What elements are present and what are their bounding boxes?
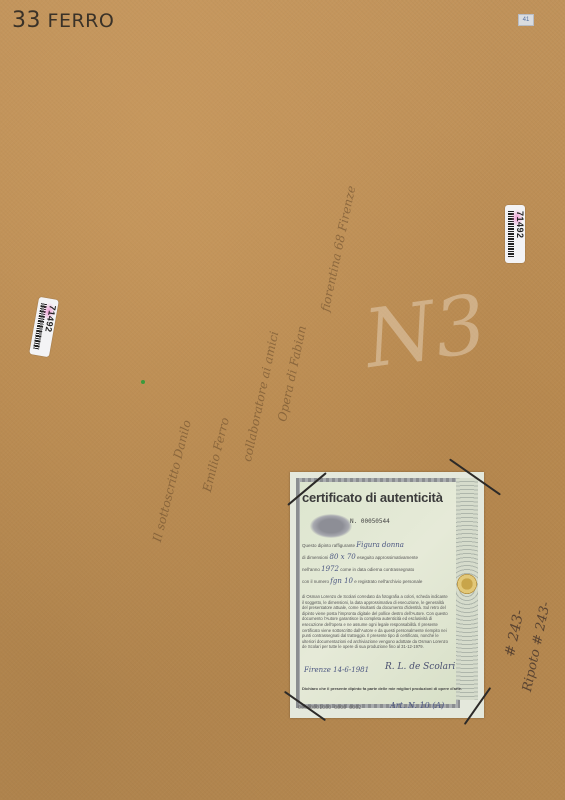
- certificate-line: Questo dipinto raffigurante Figura donna: [302, 542, 450, 549]
- chalk-mark: N3: [359, 277, 492, 386]
- barcode-number: 71492: [515, 211, 525, 239]
- gold-seal-icon: [457, 574, 477, 594]
- line-suffix: e registrato nell'archivio personale: [354, 579, 422, 584]
- certificate-line: nell'anno 1972 come in data odierna cont…: [302, 566, 450, 573]
- certificate-number: N. 00050544: [350, 518, 390, 525]
- authenticity-certificate: certificato di autenticità N. 00050544 Q…: [290, 472, 484, 718]
- line-value: 80 x 70: [330, 553, 356, 561]
- artist-name: FERRO: [48, 10, 115, 32]
- line-label: con il numero: [302, 579, 329, 584]
- artist-mark: 33 FERRO: [12, 8, 114, 33]
- signature: R. L. de Scolari: [385, 662, 455, 672]
- number-value: 00050544: [361, 518, 390, 525]
- line-value: 1972: [321, 565, 339, 573]
- certificate-footer: Dichiaro che il presente dipinto fa part…: [302, 686, 462, 691]
- certificate-line: di dimensioni 80 x 70 eseguito approssim…: [302, 554, 450, 561]
- place-date: Firenze 14-6-1981: [304, 666, 369, 674]
- handwritten-note: Art. N. 10 (A): [390, 701, 444, 710]
- line-label: Questo dipinto raffigurante: [302, 543, 355, 548]
- line-suffix: come in data odierna contrassegnato: [340, 567, 414, 572]
- certificate-line: con il numero fgn 10 e registrato nell'a…: [302, 578, 450, 585]
- certificate-title: certificato di autenticità: [302, 490, 443, 505]
- line-label: nell'anno: [302, 567, 320, 572]
- line-value: Figura donna: [356, 541, 404, 549]
- barcode-sticker: 71492: [505, 205, 525, 263]
- line-label: di dimensioni: [302, 555, 328, 560]
- certificate-body: di Osman Lorenzo de Scolari corredato da…: [302, 594, 450, 650]
- lot-number: 33: [12, 8, 41, 33]
- line-value: fgn 10: [330, 577, 353, 585]
- number-label: N.: [350, 518, 357, 525]
- small-sticker: 41: [518, 14, 534, 26]
- green-dot: [141, 380, 145, 384]
- fingerprint-icon: [310, 514, 352, 538]
- line-suffix: eseguito approssimativamente: [357, 555, 418, 560]
